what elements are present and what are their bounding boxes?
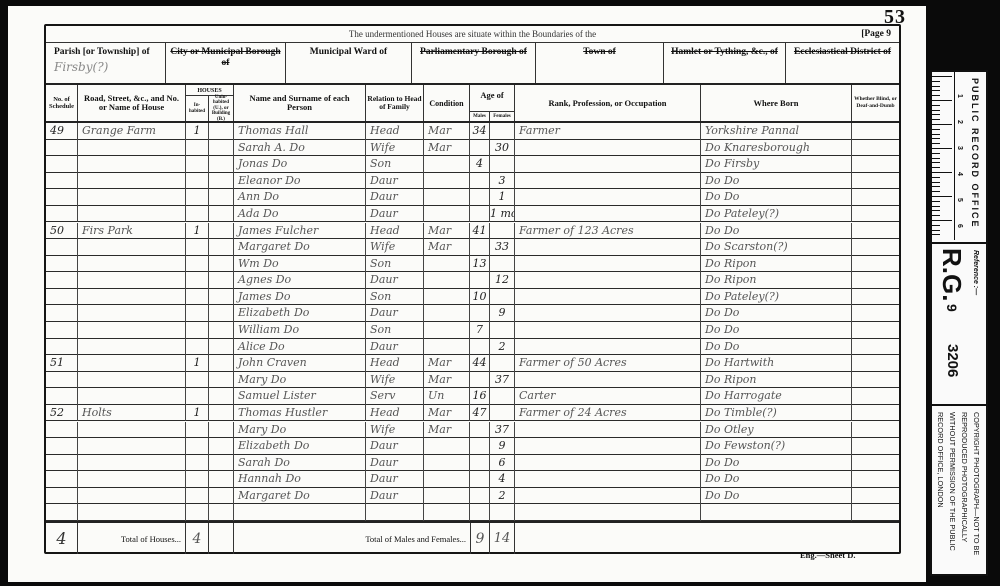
row-relation: Wife bbox=[366, 372, 424, 389]
row-road bbox=[78, 140, 186, 157]
ruler-tick bbox=[932, 105, 940, 106]
ruler-tick bbox=[932, 172, 952, 173]
row-relation: Daur bbox=[366, 339, 424, 356]
row-name: Thomas Hall bbox=[234, 123, 366, 140]
row-relation bbox=[366, 504, 424, 521]
row-road bbox=[78, 156, 186, 173]
row-where-born: Do Timble(?) bbox=[701, 405, 852, 422]
row-road bbox=[78, 305, 186, 322]
row-schedule bbox=[46, 504, 78, 521]
row-uninhabited bbox=[209, 355, 234, 372]
boundary-hamlet: Hamlet or Tything, &c., of bbox=[664, 43, 786, 83]
row-road bbox=[78, 289, 186, 306]
row-name: Margaret Do bbox=[234, 488, 366, 505]
row-condition: Mar bbox=[424, 355, 470, 372]
total-houses-label: Total of Houses... bbox=[78, 523, 186, 554]
row-where-born: Do Do bbox=[701, 173, 852, 190]
row-uninhabited bbox=[209, 289, 234, 306]
row-occupation bbox=[515, 189, 701, 206]
row-blind bbox=[852, 223, 899, 240]
row-condition bbox=[424, 173, 470, 190]
boundary-parish: Parish [or Township] of Firsby(?) bbox=[46, 43, 166, 83]
row-uninhabited bbox=[209, 123, 234, 140]
row-uninhabited bbox=[209, 422, 234, 439]
row-name: Eleanor Do bbox=[234, 173, 366, 190]
row-where-born: Do Do bbox=[701, 488, 852, 505]
row-males bbox=[470, 239, 490, 256]
row-where-born: Do Ripon bbox=[701, 256, 852, 273]
row-relation: Daur bbox=[366, 471, 424, 488]
row-road: Grange Farm bbox=[78, 123, 186, 140]
row-females: 9 bbox=[490, 438, 515, 455]
row-road bbox=[78, 322, 186, 339]
row-schedule bbox=[46, 305, 78, 322]
row-inhabited bbox=[186, 305, 209, 322]
ruler-tick bbox=[932, 148, 952, 149]
row-occupation bbox=[515, 471, 701, 488]
header-name: Name and Surname of each Person bbox=[234, 85, 366, 121]
row-condition bbox=[424, 305, 470, 322]
row-relation: Son bbox=[366, 256, 424, 273]
row-condition bbox=[424, 322, 470, 339]
row-females bbox=[490, 156, 515, 173]
row-relation: Wife bbox=[366, 239, 424, 256]
header-blind: Whether Blind, or Deaf-and-Dumb bbox=[852, 85, 899, 121]
row-condition: Mar bbox=[424, 422, 470, 439]
row-occupation bbox=[515, 339, 701, 356]
row-blind bbox=[852, 488, 899, 505]
copyright-block: COPYRIGHT PHOTOGRAPH—NOT TO BE REPRODUCE… bbox=[932, 406, 986, 574]
row-males: 44 bbox=[470, 355, 490, 372]
row-uninhabited bbox=[209, 256, 234, 273]
scale-5: 5 bbox=[956, 198, 963, 202]
row-road bbox=[78, 488, 186, 505]
table-row: 52Holts1Thomas HustlerHeadMar47Farmer of… bbox=[46, 405, 899, 422]
table-row: 50Firs Park1James FulcherHeadMar41Farmer… bbox=[46, 223, 899, 240]
row-occupation bbox=[515, 455, 701, 472]
row-blind bbox=[852, 239, 899, 256]
row-condition: Mar bbox=[424, 223, 470, 240]
ruler-tick bbox=[932, 201, 940, 202]
header-males: Males bbox=[470, 111, 490, 121]
row-where-born: Do Pateley(?) bbox=[701, 206, 852, 223]
row-males bbox=[470, 305, 490, 322]
table-row: Ada DoDaur1 moDo Pateley(?) bbox=[46, 206, 899, 223]
row-inhabited bbox=[186, 256, 209, 273]
row-occupation: Farmer of 50 Acres bbox=[515, 355, 701, 372]
row-inhabited bbox=[186, 156, 209, 173]
row-males: 16 bbox=[470, 388, 490, 405]
row-uninhabited bbox=[209, 305, 234, 322]
total-uninhabited bbox=[209, 523, 234, 554]
row-road bbox=[78, 256, 186, 273]
table-row: Agnes DoDaur12Do Ripon bbox=[46, 272, 899, 289]
table-row: Margaret DoWifeMar33Do Scarston(?) bbox=[46, 239, 899, 256]
row-females: 33 bbox=[490, 239, 515, 256]
intro-line: The undermentioned Houses are situate wi… bbox=[46, 26, 899, 43]
row-females bbox=[490, 256, 515, 273]
row-inhabited bbox=[186, 455, 209, 472]
row-uninhabited bbox=[209, 140, 234, 157]
row-females: 3 bbox=[490, 173, 515, 190]
row-condition: Mar bbox=[424, 405, 470, 422]
row-inhabited bbox=[186, 488, 209, 505]
row-where-born: Do Firsby bbox=[701, 156, 852, 173]
row-where-born: Do Hartwith bbox=[701, 355, 852, 372]
total-houses: 4 bbox=[186, 523, 209, 554]
row-road bbox=[78, 455, 186, 472]
row-schedule bbox=[46, 438, 78, 455]
row-name: Margaret Do bbox=[234, 239, 366, 256]
header-road: Road, Street, &c., and No. or Name of Ho… bbox=[78, 85, 186, 121]
row-uninhabited bbox=[209, 322, 234, 339]
row-occupation: Farmer bbox=[515, 123, 701, 140]
row-road bbox=[78, 372, 186, 389]
table-row: Sarah DoDaur6Do Do bbox=[46, 455, 899, 472]
row-occupation bbox=[515, 239, 701, 256]
row-schedule bbox=[46, 388, 78, 405]
ruler-tick bbox=[932, 182, 940, 183]
row-females: 1 mo bbox=[490, 206, 515, 223]
row-schedule bbox=[46, 156, 78, 173]
table-row: Sarah A. DoWifeMar30Do Knaresborough bbox=[46, 140, 899, 157]
boundary-ward: Municipal Ward of bbox=[286, 43, 412, 83]
row-inhabited bbox=[186, 239, 209, 256]
row-schedule bbox=[46, 322, 78, 339]
row-schedule bbox=[46, 206, 78, 223]
row-where-born: Do Scarston(?) bbox=[701, 239, 852, 256]
ruler-tick bbox=[932, 134, 940, 135]
row-condition bbox=[424, 455, 470, 472]
row-females: 12 bbox=[490, 272, 515, 289]
row-where-born: Do Do bbox=[701, 455, 852, 472]
row-females: 2 bbox=[490, 488, 515, 505]
row-name: William Do bbox=[234, 322, 366, 339]
row-females: 2 bbox=[490, 339, 515, 356]
row-condition bbox=[424, 189, 470, 206]
reference-piece: 9 bbox=[944, 304, 960, 312]
row-schedule bbox=[46, 256, 78, 273]
row-relation: Son bbox=[366, 289, 424, 306]
row-blind bbox=[852, 123, 899, 140]
table-row: Jonas DoSon4Do Firsby bbox=[46, 156, 899, 173]
ruler-tick bbox=[932, 206, 940, 207]
row-blind bbox=[852, 305, 899, 322]
row-name: James Do bbox=[234, 289, 366, 306]
row-name: Mary Do bbox=[234, 422, 366, 439]
row-inhabited: 1 bbox=[186, 405, 209, 422]
ruler-tick bbox=[932, 230, 940, 231]
row-females: 30 bbox=[490, 140, 515, 157]
table-row: Mary DoWifeMar37Do Ripon bbox=[46, 372, 899, 389]
row-occupation bbox=[515, 322, 701, 339]
row-occupation bbox=[515, 488, 701, 505]
row-relation: Head bbox=[366, 355, 424, 372]
row-males bbox=[470, 173, 490, 190]
row-schedule bbox=[46, 272, 78, 289]
row-condition bbox=[424, 471, 470, 488]
row-females bbox=[490, 405, 515, 422]
ruler-tick bbox=[932, 191, 940, 192]
row-where-born bbox=[701, 504, 852, 521]
row-females: 37 bbox=[490, 372, 515, 389]
row-road bbox=[78, 388, 186, 405]
row-females bbox=[490, 223, 515, 240]
row-females bbox=[490, 123, 515, 140]
row-relation: Head bbox=[366, 405, 424, 422]
boundary-parliamentary: Parliamentary Borough of bbox=[412, 43, 536, 83]
row-inhabited bbox=[186, 504, 209, 521]
row-schedule bbox=[46, 140, 78, 157]
row-blind bbox=[852, 372, 899, 389]
row-inhabited bbox=[186, 471, 209, 488]
row-relation: Daur bbox=[366, 272, 424, 289]
row-name: Agnes Do bbox=[234, 272, 366, 289]
row-females: 1 bbox=[490, 189, 515, 206]
row-name: Ann Do bbox=[234, 189, 366, 206]
boundary-value: Firsby(?) bbox=[54, 62, 165, 73]
row-blind bbox=[852, 339, 899, 356]
ruler-tick bbox=[932, 129, 940, 130]
row-name: Hannah Do bbox=[234, 471, 366, 488]
reference-folio: 3206 bbox=[944, 344, 961, 377]
scale-3: 3 bbox=[956, 146, 963, 150]
row-where-born: Do Ripon bbox=[701, 272, 852, 289]
row-where-born: Do Do bbox=[701, 189, 852, 206]
row-females: 6 bbox=[490, 455, 515, 472]
row-name: Thomas Hustler bbox=[234, 405, 366, 422]
row-males bbox=[470, 272, 490, 289]
table-row: James DoSon10Do Pateley(?) bbox=[46, 289, 899, 306]
row-schedule bbox=[46, 372, 78, 389]
row-road bbox=[78, 272, 186, 289]
row-occupation bbox=[515, 289, 701, 306]
row-females: 9 bbox=[490, 305, 515, 322]
row-schedule bbox=[46, 422, 78, 439]
total-schedules: 4 bbox=[46, 523, 78, 554]
row-inhabited bbox=[186, 438, 209, 455]
row-schedule: 51 bbox=[46, 355, 78, 372]
header-uninhabited: Unin-habited (U.), or Building (B.) bbox=[209, 95, 234, 121]
row-uninhabited bbox=[209, 405, 234, 422]
row-road bbox=[78, 504, 186, 521]
row-where-born: Do Do bbox=[701, 339, 852, 356]
row-relation: Son bbox=[366, 322, 424, 339]
row-males bbox=[470, 471, 490, 488]
row-condition: Mar bbox=[424, 372, 470, 389]
row-occupation bbox=[515, 156, 701, 173]
row-schedule: 52 bbox=[46, 405, 78, 422]
row-name: Jonas Do bbox=[234, 156, 366, 173]
row-blind bbox=[852, 156, 899, 173]
row-blind bbox=[852, 388, 899, 405]
boundary-ecclesiastical: Ecclesiastical District of bbox=[786, 43, 899, 83]
row-males: 4 bbox=[470, 156, 490, 173]
row-inhabited bbox=[186, 372, 209, 389]
row-road: Firs Park bbox=[78, 223, 186, 240]
row-name: Alice Do bbox=[234, 339, 366, 356]
reference-class: R.G. bbox=[936, 248, 967, 301]
row-name: Elizabeth Do bbox=[234, 438, 366, 455]
row-occupation bbox=[515, 422, 701, 439]
reference-label: Reference :— bbox=[972, 250, 979, 295]
row-name: Ada Do bbox=[234, 206, 366, 223]
row-condition bbox=[424, 289, 470, 306]
row-males bbox=[470, 189, 490, 206]
ruler-tick bbox=[932, 220, 952, 221]
ruler-tick bbox=[932, 124, 952, 125]
ruler-tick bbox=[932, 215, 940, 216]
row-males bbox=[470, 422, 490, 439]
row-uninhabited bbox=[209, 372, 234, 389]
census-form: The undermentioned Houses are situate wi… bbox=[44, 24, 901, 554]
row-occupation bbox=[515, 438, 701, 455]
row-females bbox=[490, 289, 515, 306]
row-inhabited: 1 bbox=[186, 355, 209, 372]
row-road bbox=[78, 206, 186, 223]
row-condition bbox=[424, 488, 470, 505]
row-blind bbox=[852, 289, 899, 306]
header-occupation: Rank, Profession, or Occupation bbox=[515, 85, 701, 121]
row-blind bbox=[852, 355, 899, 372]
ruler-tick bbox=[932, 153, 940, 154]
row-inhabited: 1 bbox=[186, 223, 209, 240]
row-females bbox=[490, 504, 515, 521]
row-males: 7 bbox=[470, 322, 490, 339]
row-where-born: Do Pateley(?) bbox=[701, 289, 852, 306]
row-schedule bbox=[46, 455, 78, 472]
ruler-tick bbox=[932, 86, 940, 87]
row-road bbox=[78, 422, 186, 439]
row-occupation bbox=[515, 305, 701, 322]
scale-6: 6 bbox=[956, 224, 963, 228]
row-schedule bbox=[46, 339, 78, 356]
row-where-born: Do Do bbox=[701, 223, 852, 240]
ruler-tick bbox=[932, 186, 940, 187]
row-relation: Wife bbox=[366, 422, 424, 439]
table-row: 511John CravenHeadMar44Farmer of 50 Acre… bbox=[46, 355, 899, 372]
row-uninhabited bbox=[209, 504, 234, 521]
row-schedule bbox=[46, 488, 78, 505]
row-inhabited bbox=[186, 388, 209, 405]
row-condition bbox=[424, 339, 470, 356]
ruler-tick bbox=[932, 196, 952, 197]
row-uninhabited bbox=[209, 455, 234, 472]
row-males bbox=[470, 488, 490, 505]
table-row: Alice DoDaur2Do Do bbox=[46, 339, 899, 356]
row-uninhabited bbox=[209, 189, 234, 206]
row-inhabited bbox=[186, 322, 209, 339]
table-row: 49Grange Farm1Thomas HallHeadMar34Farmer… bbox=[46, 123, 899, 140]
table-row: Elizabeth DoDaur9Do Fewston(?) bbox=[46, 438, 899, 455]
row-uninhabited bbox=[209, 223, 234, 240]
header-condition: Condition bbox=[424, 85, 470, 121]
row-where-born: Do Ripon bbox=[701, 372, 852, 389]
table-row: Mary DoWifeMar37Do Otley bbox=[46, 422, 899, 439]
row-males bbox=[470, 455, 490, 472]
row-where-born: Do Harrogate bbox=[701, 388, 852, 405]
row-males: 47 bbox=[470, 405, 490, 422]
row-schedule: 50 bbox=[46, 223, 78, 240]
copyright-notice: COPYRIGHT PHOTOGRAPH—NOT TO BE REPRODUCE… bbox=[934, 412, 982, 572]
row-blind bbox=[852, 206, 899, 223]
row-relation: Daur bbox=[366, 173, 424, 190]
ruler-tick bbox=[932, 225, 940, 226]
row-where-born: Do Fewston(?) bbox=[701, 438, 852, 455]
row-blind bbox=[852, 272, 899, 289]
row-condition bbox=[424, 156, 470, 173]
row-relation: Daur bbox=[366, 488, 424, 505]
row-relation: Daur bbox=[366, 189, 424, 206]
row-name: James Fulcher bbox=[234, 223, 366, 240]
row-uninhabited bbox=[209, 388, 234, 405]
row-occupation bbox=[515, 504, 701, 521]
row-inhabited bbox=[186, 173, 209, 190]
row-schedule: 49 bbox=[46, 123, 78, 140]
row-name: Elizabeth Do bbox=[234, 305, 366, 322]
row-males: 10 bbox=[470, 289, 490, 306]
row-road bbox=[78, 339, 186, 356]
row-road bbox=[78, 471, 186, 488]
row-blind bbox=[852, 322, 899, 339]
row-where-born: Do Otley bbox=[701, 422, 852, 439]
row-name: Samuel Lister bbox=[234, 388, 366, 405]
row-condition: Mar bbox=[424, 239, 470, 256]
row-schedule bbox=[46, 239, 78, 256]
row-blind bbox=[852, 173, 899, 190]
scale-2: 2 bbox=[956, 120, 963, 124]
row-inhabited: 1 bbox=[186, 123, 209, 140]
row-females bbox=[490, 388, 515, 405]
table-row: Eleanor DoDaur3Do Do bbox=[46, 173, 899, 190]
row-where-born: Do Do bbox=[701, 471, 852, 488]
row-name: Wm Do bbox=[234, 256, 366, 273]
boundary-town: Town of bbox=[536, 43, 664, 83]
row-name: Sarah Do bbox=[234, 455, 366, 472]
row-females bbox=[490, 322, 515, 339]
ruler-tick bbox=[932, 162, 940, 163]
scale-ruler: PUBLIC RECORD OFFICE 1 2 3 4 5 6 bbox=[932, 72, 986, 244]
sheet-label: Eng.—Sheet D. bbox=[800, 550, 856, 560]
row-uninhabited bbox=[209, 339, 234, 356]
boundaries-row: Parish [or Township] of Firsby(?) City o… bbox=[46, 43, 899, 85]
ruler-tick bbox=[932, 210, 940, 211]
row-uninhabited bbox=[209, 438, 234, 455]
row-relation: Daur bbox=[366, 438, 424, 455]
row-uninhabited bbox=[209, 206, 234, 223]
ruler-tick bbox=[932, 143, 940, 144]
ruler-tick bbox=[932, 76, 952, 77]
row-females bbox=[490, 355, 515, 372]
table-row: Elizabeth DoDaur9Do Do bbox=[46, 305, 899, 322]
row-name: Sarah A. Do bbox=[234, 140, 366, 157]
ruler-tick bbox=[932, 110, 940, 111]
reference-block: Reference :— R.G. 9 3206 bbox=[932, 244, 986, 406]
row-where-born: Do Do bbox=[701, 305, 852, 322]
row-name: John Craven bbox=[234, 355, 366, 372]
header-schedule: No. of Schedule bbox=[46, 85, 78, 121]
row-relation: Daur bbox=[366, 455, 424, 472]
row-males: 13 bbox=[470, 256, 490, 273]
row-inhabited bbox=[186, 272, 209, 289]
ruler-tick bbox=[932, 167, 940, 168]
total-persons-label: Total of Males and Females... bbox=[234, 523, 470, 554]
row-schedule bbox=[46, 173, 78, 190]
row-relation: Head bbox=[366, 223, 424, 240]
row-inhabited bbox=[186, 339, 209, 356]
header-where-born: Where Born bbox=[701, 85, 852, 121]
row-inhabited bbox=[186, 189, 209, 206]
